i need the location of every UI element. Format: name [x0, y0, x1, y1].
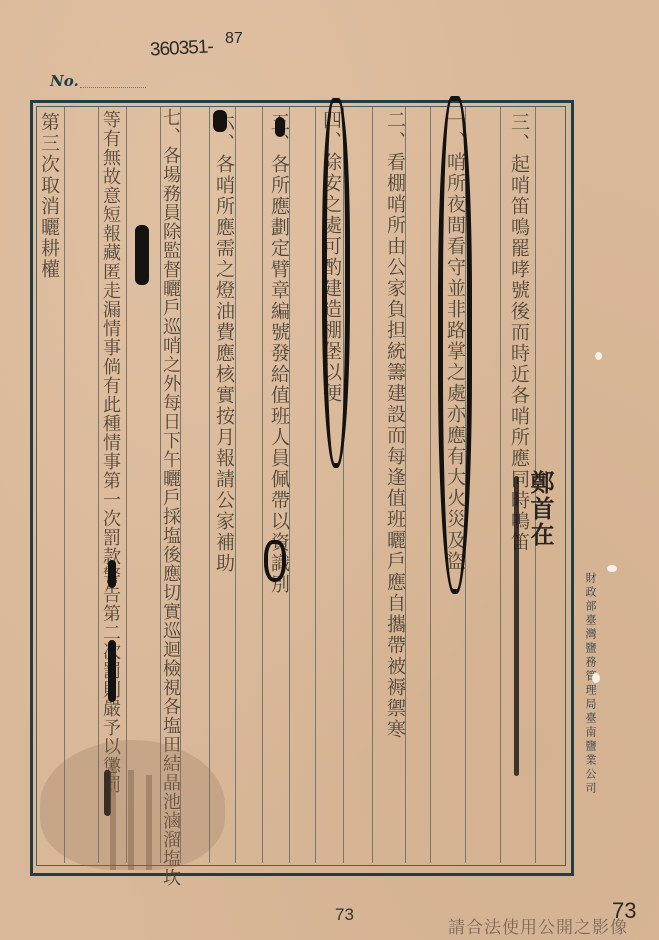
- strikethrough-mark: [514, 476, 519, 776]
- correction-loop: [264, 540, 286, 582]
- watermark-bar: [110, 760, 116, 870]
- paper-hole: [592, 673, 600, 683]
- redaction-bar: [108, 640, 116, 702]
- letterhead: 財政部臺灣鹽務管理局臺南鹽業公司: [584, 572, 596, 796]
- text-column-10: 第三次取消曬耕權: [38, 112, 60, 280]
- column-rule: [430, 107, 431, 863]
- column-rule: [315, 107, 316, 863]
- usage-watermark: 請合法使用公開之影像: [448, 913, 628, 938]
- no-field-line: [80, 87, 146, 88]
- watermark-bar: [146, 775, 152, 870]
- column-rule: [209, 107, 210, 863]
- paper-hole: [607, 565, 617, 572]
- no-label: No.: [50, 72, 79, 90]
- numeral-overwrite: [275, 117, 285, 137]
- column-rule: [64, 107, 65, 863]
- strikethrough-loop: [322, 98, 350, 468]
- text-column-6: 五、各所應劃定臂章編號發給值班人員佩帶以資識別: [268, 112, 290, 595]
- column-rule: [500, 107, 501, 863]
- watermark-bar: [128, 770, 134, 870]
- archive-sub-number: 87: [225, 30, 243, 48]
- paper-hole: [595, 352, 602, 360]
- redaction-bar: [108, 560, 116, 588]
- strikethrough-loop: [438, 96, 472, 594]
- text-column-4: 二、看棚哨所由公家負担統籌建設而每逢值班曬戶應自攜帶被褥禦寒: [384, 110, 406, 740]
- column-rule: [235, 107, 236, 863]
- numeral-overwrite: [213, 110, 227, 132]
- signature: 鄭首在: [523, 470, 558, 548]
- archive-number: 360351-: [149, 36, 213, 61]
- handwritten-page-number: 73: [335, 905, 354, 925]
- column-rule: [372, 107, 373, 863]
- ink-blot-mark: [135, 225, 149, 285]
- text-column-7: 六、各哨所應需之燈油費應核實按月報請公家補助: [213, 112, 235, 574]
- column-rule: [262, 107, 263, 863]
